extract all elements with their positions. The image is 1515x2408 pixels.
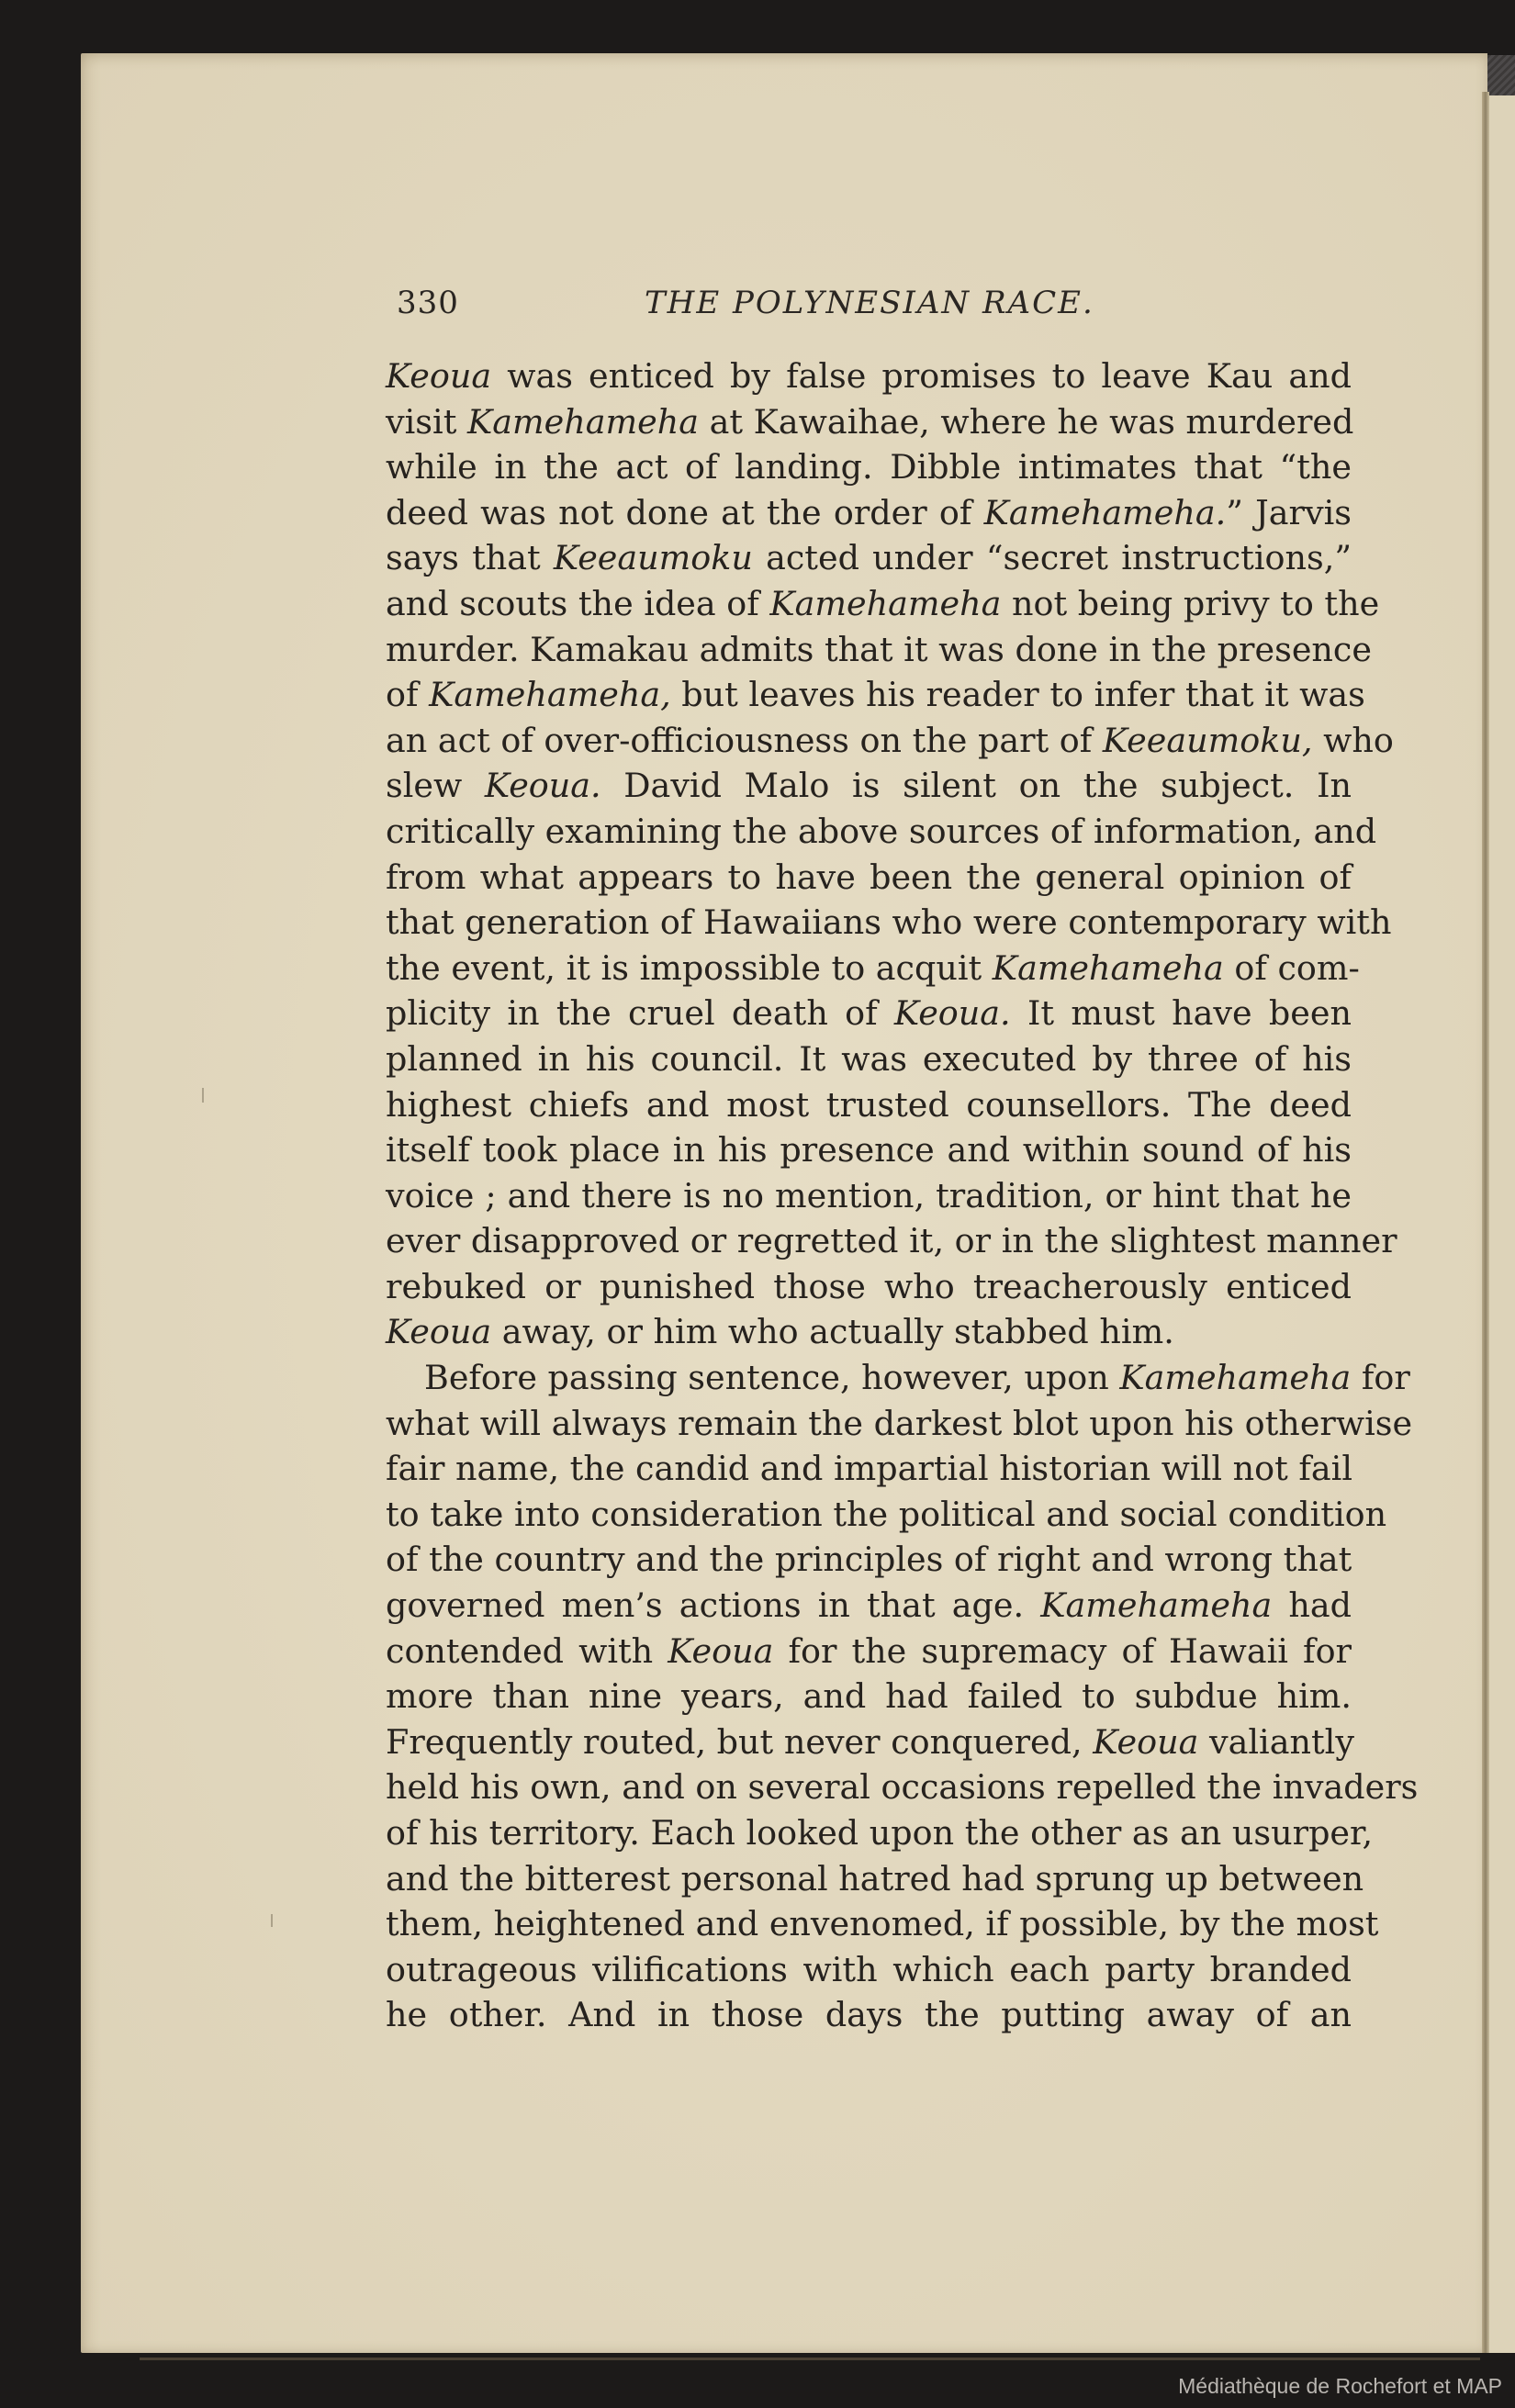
text-run: what will always remain the darkest blot… bbox=[386, 1404, 1412, 1443]
text-line: them, heightened and envenomed, if possi… bbox=[386, 1901, 1352, 1947]
text-line: governed men’s actions in that age. Kame… bbox=[386, 1583, 1352, 1629]
italic-name: Kamehameha, bbox=[429, 675, 671, 714]
italic-name: Kamehameha bbox=[769, 584, 1001, 623]
text-run: and scouts the idea of bbox=[386, 584, 769, 623]
text-run: slew bbox=[386, 766, 485, 805]
text-line: deed was not done at the order of Kameha… bbox=[386, 490, 1352, 536]
text-line: held his own, and on several occasions r… bbox=[386, 1764, 1352, 1810]
italic-name: Keoua. bbox=[485, 766, 601, 805]
italic-name: Kamehameha bbox=[1119, 1358, 1351, 1397]
text-run: valiantly bbox=[1198, 1722, 1354, 1762]
italic-name: Keeaumoku, bbox=[1103, 721, 1313, 760]
text-run: for the supremacy of Hawaii for bbox=[773, 1631, 1352, 1671]
text-line: an act of over-officiousness on the part… bbox=[386, 718, 1352, 764]
text-run: of his territory. Each looked upon the o… bbox=[386, 1813, 1373, 1853]
text-run: acted under “secret instructions,” bbox=[753, 538, 1352, 577]
text-run: of bbox=[386, 675, 429, 714]
running-title: THE POLYNESIAN RACE. bbox=[645, 285, 1094, 321]
adjacent-page-edge bbox=[1489, 95, 1515, 2353]
text-run: held his own, and on several occasions r… bbox=[386, 1767, 1418, 1807]
italic-name: Keeaumoku bbox=[554, 538, 753, 577]
text-line: that generation of Hawaiians who were co… bbox=[386, 900, 1352, 946]
italic-name: Kamehameha bbox=[993, 948, 1224, 988]
text-run: outrageous vilifications with which each… bbox=[386, 1950, 1352, 1989]
text-line: rebuked or punished those who treacherou… bbox=[386, 1264, 1352, 1310]
text-run: critically examining the above sources o… bbox=[386, 812, 1376, 851]
italic-name: Keoua bbox=[386, 356, 491, 396]
text-line: fair name, the candid and impartial hist… bbox=[386, 1446, 1352, 1492]
text-run: deed was not done at the order of bbox=[386, 493, 984, 532]
text-run: governed men’s actions in that age. bbox=[386, 1585, 1040, 1625]
text-run: plicity in the cruel death of bbox=[386, 993, 894, 1033]
text-run: David Malo is silent on the subject. In bbox=[601, 766, 1352, 805]
text-run: them, heightened and envenomed, if possi… bbox=[386, 1904, 1378, 1943]
text-run: rebuked or punished those who treacherou… bbox=[386, 1267, 1352, 1306]
text-run: at Kawaihae, where he was murdered bbox=[699, 402, 1353, 442]
text-run: and the bitterest personal hatred had sp… bbox=[386, 1859, 1363, 1898]
text-line: and the bitterest personal hatred had sp… bbox=[386, 1856, 1352, 1902]
text-run: not being privy to the bbox=[1001, 584, 1379, 623]
text-line: plicity in the cruel death of Keoua. It … bbox=[386, 991, 1352, 1036]
text-run: was enticed by false promises to leave K… bbox=[491, 356, 1352, 396]
text-line: says that Keeaumoku acted under “secret … bbox=[386, 535, 1352, 581]
body-text: Keoua was enticed by false promises to l… bbox=[386, 353, 1352, 2038]
text-line: murder. Kamakau admits that it was done … bbox=[386, 627, 1352, 673]
text-line: from what appears to have been the gener… bbox=[386, 855, 1352, 901]
text-run: visit bbox=[386, 402, 467, 442]
text-line: outrageous vilifications with which each… bbox=[386, 1947, 1352, 1993]
text-line: Keoua was enticed by false promises to l… bbox=[386, 353, 1352, 399]
italic-name: Keoua. bbox=[894, 993, 1011, 1033]
text-run: of the country and the principles of rig… bbox=[386, 1540, 1352, 1579]
italic-name: Keoua bbox=[668, 1631, 773, 1671]
italic-name: Kamehameha. bbox=[984, 493, 1227, 532]
text-run: ” Jarvis bbox=[1226, 493, 1352, 532]
text-run: Before passing sentence, however, upon bbox=[424, 1358, 1119, 1397]
running-header: 330 THE POLYNESIAN RACE. bbox=[397, 285, 1352, 330]
text-line: of Kamehameha, but leaves his reader to … bbox=[386, 672, 1352, 718]
text-line: slew Keoua. David Malo is silent on the … bbox=[386, 763, 1352, 809]
text-run: highest chiefs and most trusted counsell… bbox=[386, 1085, 1352, 1125]
text-run: says that bbox=[386, 538, 554, 577]
margin-mark bbox=[202, 1088, 204, 1103]
text-line: itself took place in his presence and wi… bbox=[386, 1127, 1352, 1173]
text-line: the event, it is impossible to acquit Ka… bbox=[386, 946, 1352, 991]
text-line: Frequently routed, but never conquered, … bbox=[386, 1719, 1352, 1765]
text-line: critically examining the above sources o… bbox=[386, 809, 1352, 855]
text-run: of com- bbox=[1224, 948, 1360, 988]
text-line: while in the act of landing. Dibble inti… bbox=[386, 444, 1352, 490]
text-line: planned in his council. It was executed … bbox=[386, 1036, 1352, 1082]
watermark-credit: Médiathèque de Rochefort et MAP bbox=[1178, 2374, 1502, 2399]
text-run: that generation of Hawaiians who were co… bbox=[386, 902, 1391, 942]
text-line: contended with Keoua for the supremacy o… bbox=[386, 1629, 1352, 1674]
text-run: for bbox=[1351, 1358, 1410, 1397]
text-line: Keoua away, or him who actually stabbed … bbox=[386, 1309, 1352, 1355]
text-run: while in the act of landing. Dibble inti… bbox=[386, 447, 1352, 487]
text-run: voice ; and there is no mention, traditi… bbox=[386, 1176, 1352, 1215]
text-line: Before passing sentence, however, upon K… bbox=[386, 1355, 1352, 1401]
text-run: It must have been bbox=[1011, 993, 1352, 1033]
text-run: more than nine years, and had failed to … bbox=[386, 1676, 1352, 1716]
text-run: but leaves his reader to infer that it w… bbox=[671, 675, 1365, 714]
text-line: and scouts the idea of Kamehameha not be… bbox=[386, 581, 1352, 627]
margin-mark bbox=[271, 1914, 273, 1927]
text-run: who bbox=[1312, 721, 1393, 760]
text-run: fair name, the candid and impartial hist… bbox=[386, 1449, 1352, 1488]
text-run: from what appears to have been the gener… bbox=[386, 857, 1352, 897]
text-run: he other. And in those days the putting … bbox=[386, 1995, 1352, 2034]
text-run: contended with bbox=[386, 1631, 668, 1671]
text-run: away, or him who actually stabbed him. bbox=[491, 1312, 1174, 1351]
text-line: highest chiefs and most trusted counsell… bbox=[386, 1082, 1352, 1128]
page-fold-line bbox=[140, 2358, 1480, 2360]
text-line: voice ; and there is no mention, traditi… bbox=[386, 1173, 1352, 1219]
text-line: of his territory. Each looked upon the o… bbox=[386, 1810, 1352, 1856]
italic-name: Kamehameha bbox=[1040, 1585, 1272, 1625]
text-line: more than nine years, and had failed to … bbox=[386, 1674, 1352, 1719]
text-run: planned in his council. It was executed … bbox=[386, 1039, 1352, 1079]
text-run: to take into consideration the political… bbox=[386, 1495, 1386, 1534]
text-run: Frequently routed, but never conquered, bbox=[386, 1722, 1093, 1762]
text-run: the event, it is impossible to acquit bbox=[386, 948, 993, 988]
text-line: visit Kamehameha at Kawaihae, where he w… bbox=[386, 399, 1352, 445]
text-run: had bbox=[1272, 1585, 1352, 1625]
text-line: of the country and the principles of rig… bbox=[386, 1537, 1352, 1583]
page-number: 330 bbox=[397, 285, 459, 321]
text-run: an act of over-officiousness on the part… bbox=[386, 721, 1103, 760]
text-line: he other. And in those days the putting … bbox=[386, 1992, 1352, 2038]
page-gutter bbox=[1482, 92, 1489, 2353]
italic-name: Kamehameha bbox=[467, 402, 699, 442]
text-line: ever disapproved or regretted it, or in … bbox=[386, 1218, 1352, 1264]
text-line: to take into consideration the political… bbox=[386, 1492, 1352, 1538]
text-run: itself took place in his presence and wi… bbox=[386, 1130, 1352, 1170]
text-run: ever disapproved or regretted it, or in … bbox=[386, 1221, 1397, 1260]
text-line: what will always remain the darkest blot… bbox=[386, 1401, 1352, 1447]
italic-name: Keoua bbox=[386, 1312, 491, 1351]
text-run: murder. Kamakau admits that it was done … bbox=[386, 630, 1372, 669]
italic-name: Keoua bbox=[1093, 1722, 1198, 1762]
